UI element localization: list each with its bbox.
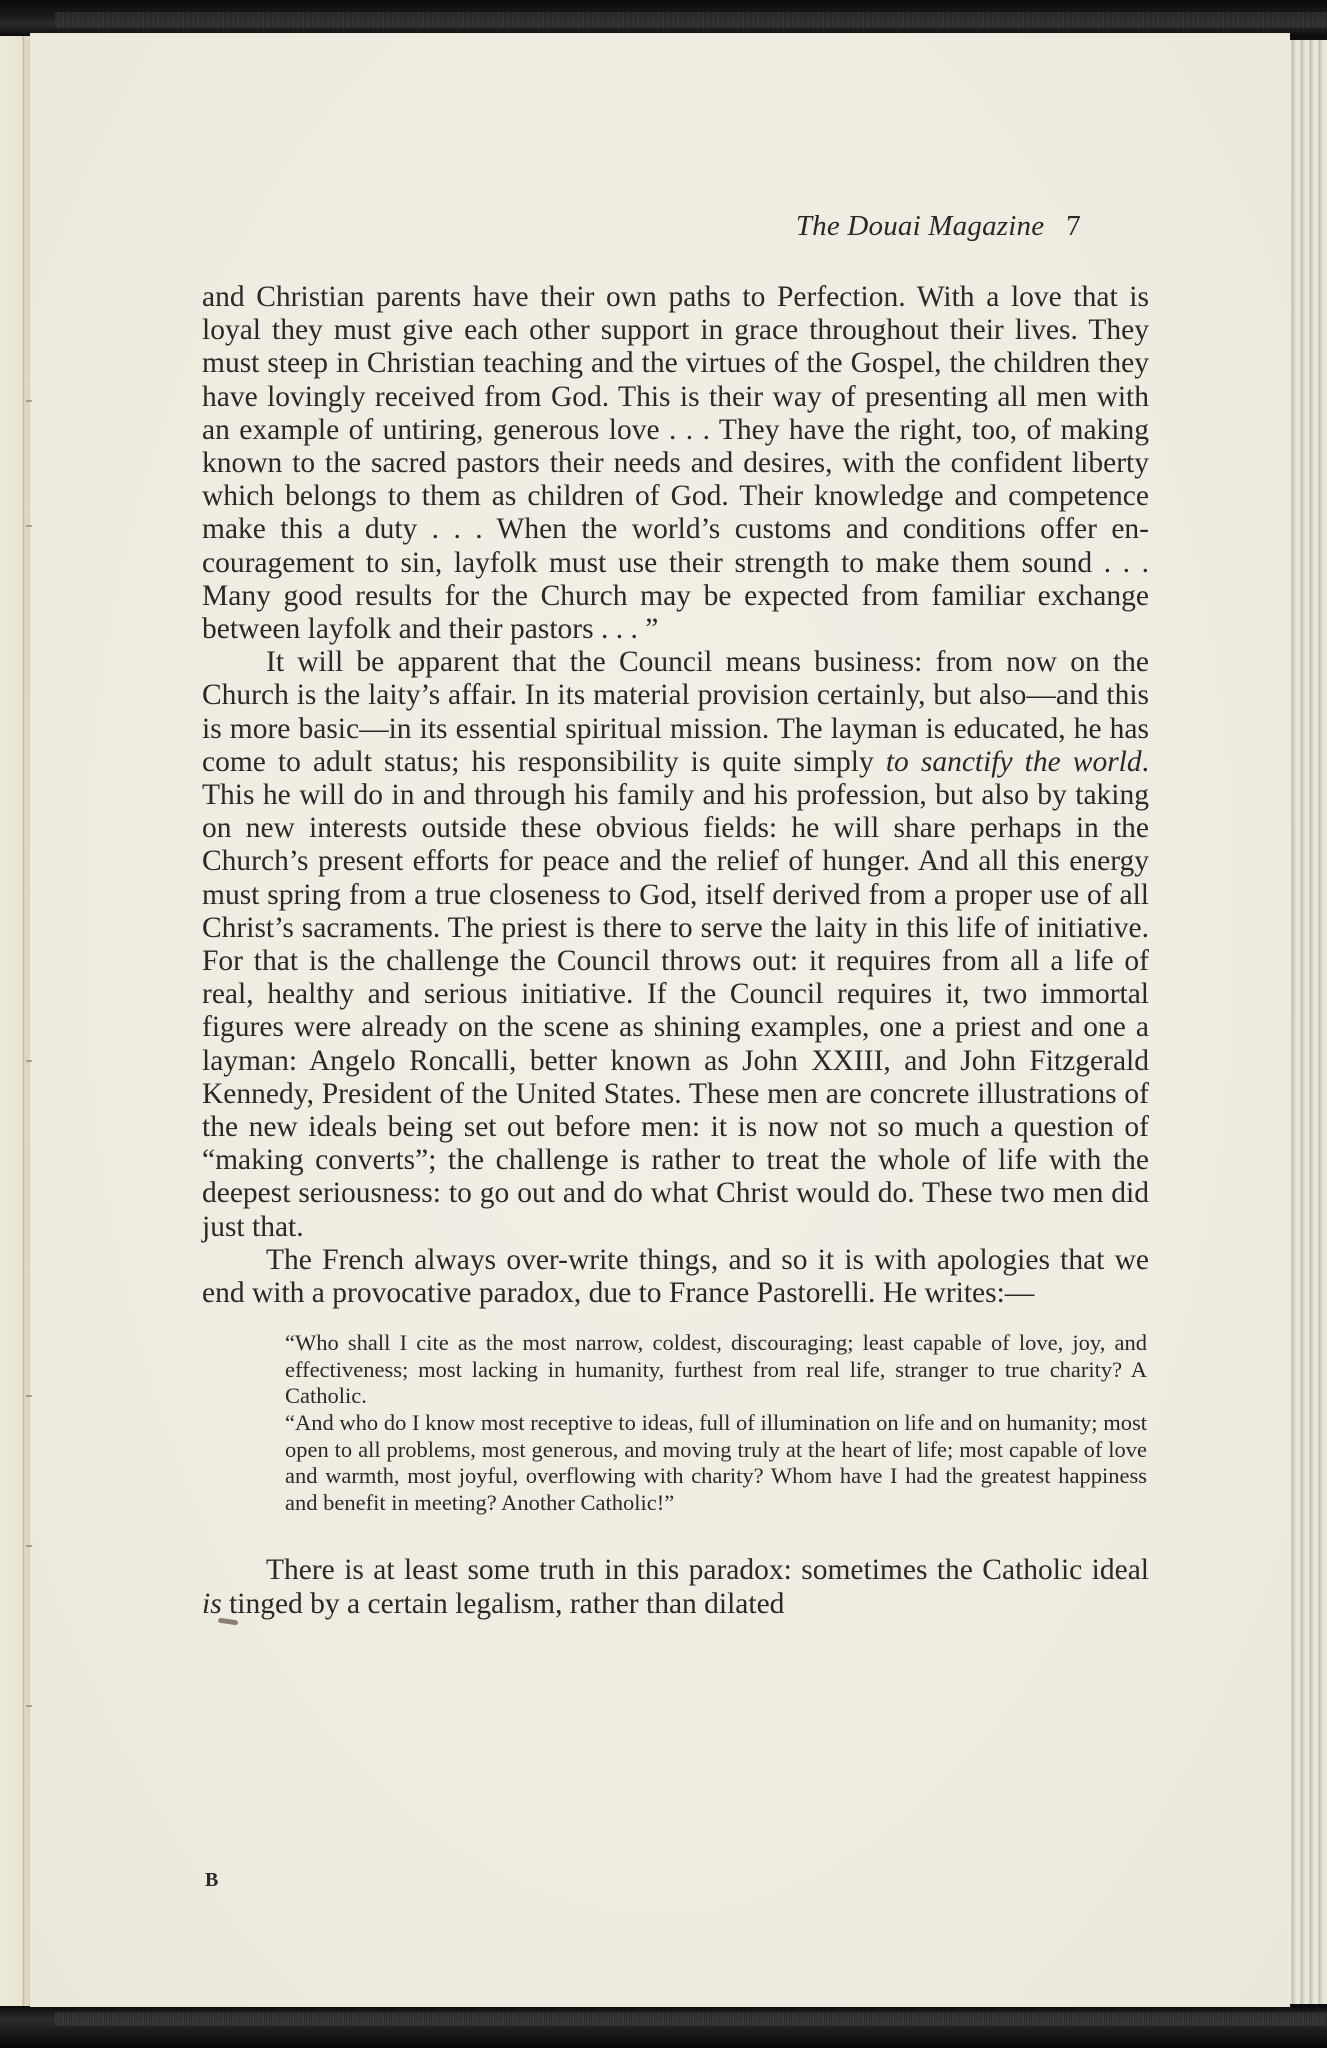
quote-paragraph: “Who shall I cite as the most narrow, co… xyxy=(285,1330,1147,1410)
gutter-mark xyxy=(26,400,32,402)
paragraph: and Christian parents have their own pat… xyxy=(202,281,1149,646)
book-page: The Douai Magazine7 and Christian parent… xyxy=(30,33,1290,2007)
book-binding-bottom xyxy=(0,2008,1327,2048)
gutter-crease xyxy=(22,36,25,2006)
previous-page-edge xyxy=(0,36,30,2006)
page-number: 7 xyxy=(1066,210,1081,242)
block-quote: “Who shall I cite as the most narrow, co… xyxy=(285,1330,1147,1516)
quote-paragraph: “And who do I know most receptive to ide… xyxy=(285,1410,1147,1516)
body-text: and Christian parents have their own pat… xyxy=(202,281,1149,1621)
running-head: The Douai Magazine7 xyxy=(796,210,1081,243)
paragraph: It will be apparent that the Council mea… xyxy=(202,646,1149,1244)
page-stack-edge xyxy=(1287,40,1327,2004)
closing-paragraph: There is at least some truth in this par… xyxy=(202,1554,1149,1620)
gutter-mark xyxy=(26,1395,32,1397)
paragraph: The French always over-write things, and… xyxy=(202,1244,1149,1310)
magazine-title: The Douai Magazine xyxy=(796,210,1044,242)
gutter-mark xyxy=(26,525,32,527)
book-binding-top xyxy=(0,0,1327,34)
gutter-mark xyxy=(26,1545,32,1547)
signature-mark: B xyxy=(205,1869,218,1892)
gutter-mark xyxy=(26,1060,32,1062)
gutter-mark xyxy=(26,1705,32,1707)
